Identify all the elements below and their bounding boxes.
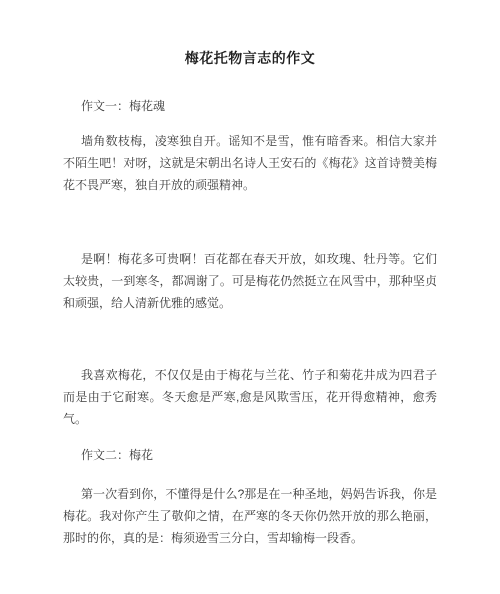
essay-paragraph: 墙角数枝梅，凌寒独自开。谣知不是雪，惟有暗香来。相信大家并不陌生吧！对呀，这就是…: [63, 130, 437, 196]
essay-paragraph: 我喜欢梅花，不仅仅是由于梅花与兰花、竹子和菊花井成为四君子而是由于它耐寒。冬天愈…: [63, 364, 437, 430]
section-2-label: 作文二：梅花: [63, 444, 437, 466]
essay-paragraph: 第一次看到你，不懂得是什么?那是在一种圣地，妈妈告诉我，你是梅花。我对你产生了敬…: [63, 483, 437, 549]
section-1-label: 作文一：梅花魂: [63, 95, 437, 117]
essay-paragraph: 是啊！梅花多可贵啊！百花都在春天开放，如玫瑰、牡丹等。它们太较贵，一到寒冬，都凋…: [63, 248, 437, 314]
document-page: 梅花托物言志的作文 作文一：梅花魂 墙角数枝梅，凌寒独自开。谣知不是雪，惟有暗香…: [0, 0, 500, 594]
essay-title: 梅花托物言志的作文: [63, 48, 437, 68]
